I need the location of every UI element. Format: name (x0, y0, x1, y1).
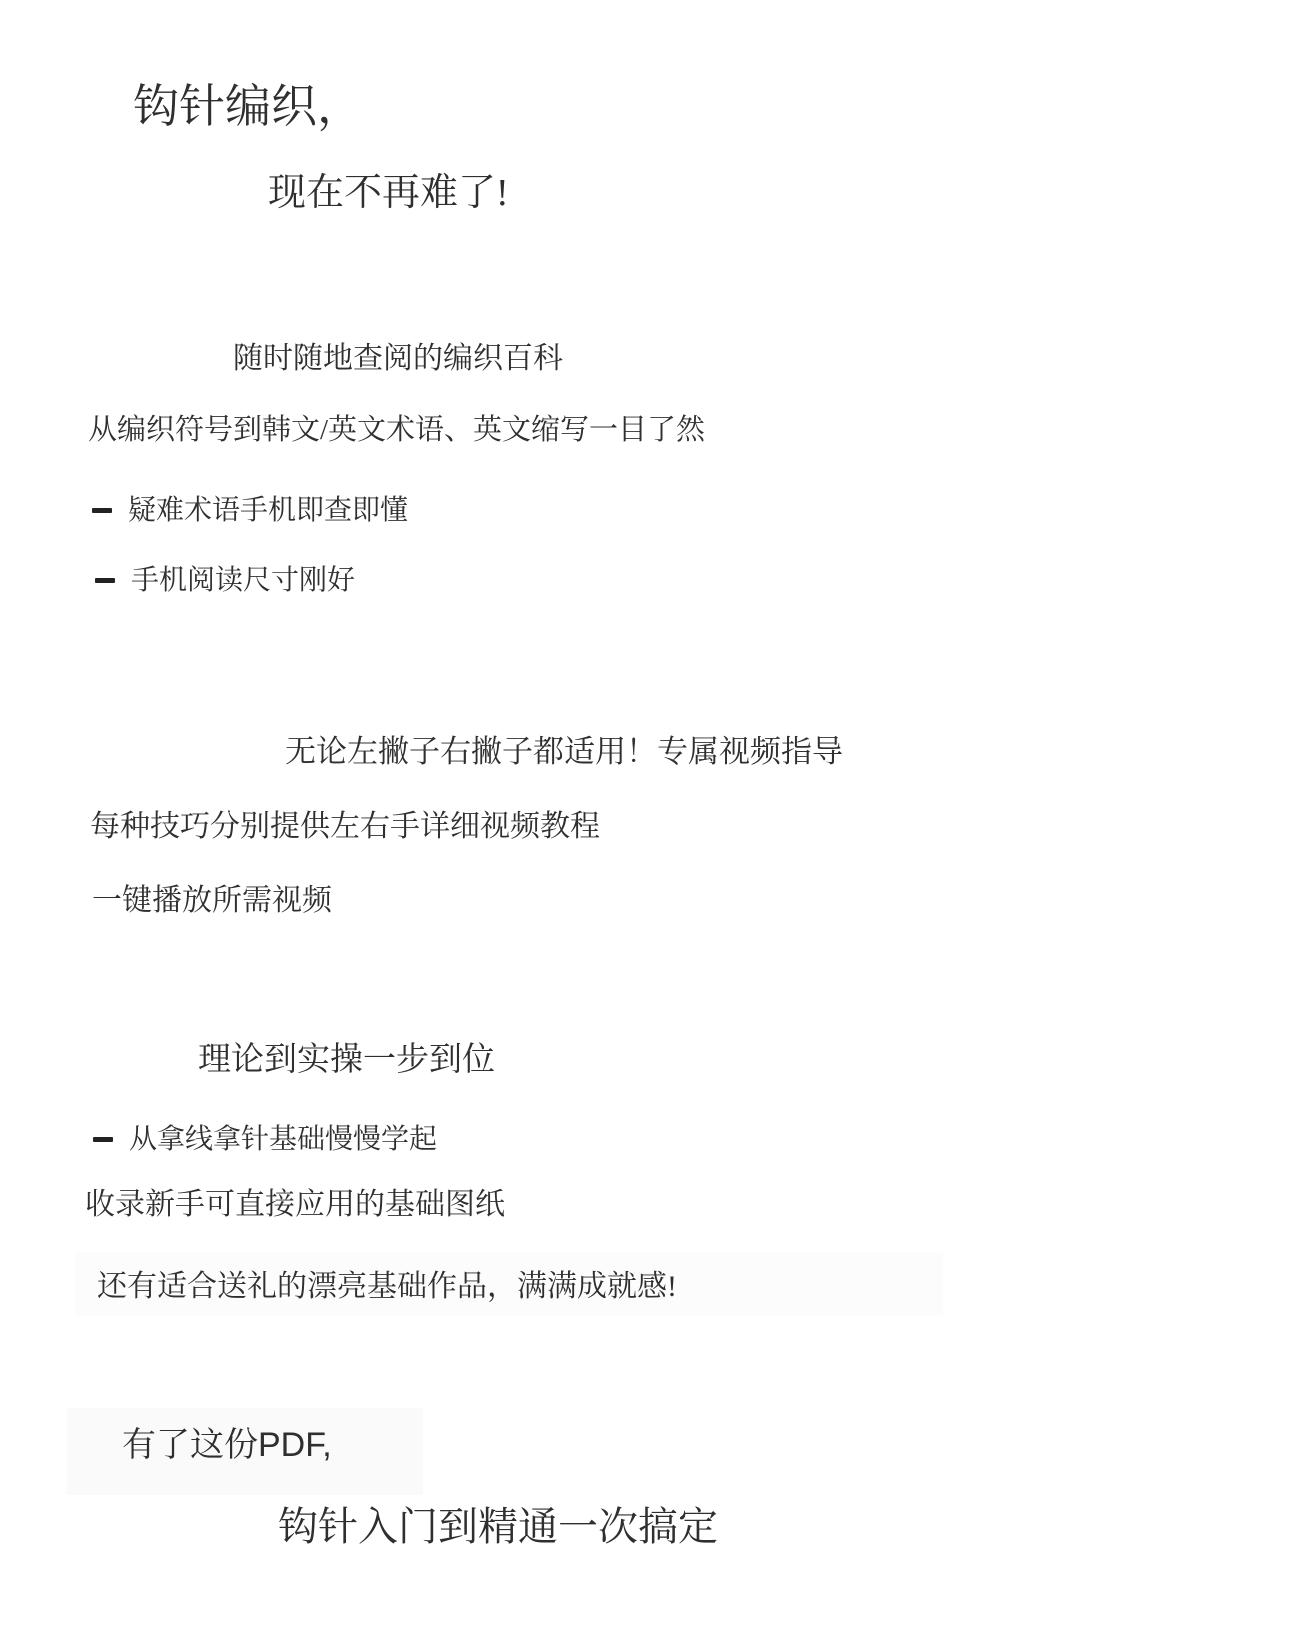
footer-lead-prefix: 有了这份 (122, 1427, 258, 1464)
dash-bullet-icon (93, 1137, 113, 1142)
list-item: 疑难术语手机即查即懂 (92, 493, 408, 528)
practice-section-heading: 理论到实操一步到位 (198, 1040, 495, 1081)
footer-lead-latin: PDF, (258, 1426, 332, 1464)
page-title: 钩针编织， (133, 78, 363, 136)
footer-closing-text: 钩针入门到精通一次搞定 (278, 1502, 718, 1552)
list-item: 手机阅读尺寸刚好 (95, 563, 355, 598)
page-subtitle: 现在不再难了! (268, 170, 509, 218)
dash-bullet-icon (95, 578, 115, 583)
encyclopedia-intro-text: 从编织符号到韩文/英文术语、英文缩写一目了然 (88, 412, 705, 448)
list-item: 从拿线拿针基础慢慢学起 (93, 1122, 437, 1157)
video-section-text: 每种技巧分别提供左右手详细视频教程 (90, 808, 600, 846)
list-item-label: 疑难术语手机即查即懂 (128, 493, 408, 528)
video-section-heading: 无论左撇子右撇子都适用！专属视频指导 (285, 733, 843, 772)
list-item-label: 手机阅读尺寸刚好 (131, 563, 355, 598)
document-page: 钩针编织， 现在不再难了! 随时随地查阅的编织百科 从编织符号到韩文/英文术语、… (0, 0, 1290, 1650)
footer-lead-text: 有了这份PDF, (122, 1424, 332, 1468)
encyclopedia-section-heading: 随时随地查阅的编织百科 (233, 340, 563, 378)
video-section-text: 一键播放所需视频 (92, 882, 332, 920)
dash-bullet-icon (92, 508, 112, 513)
practice-section-text: 收录新手可直接应用的基础图纸 (85, 1186, 505, 1224)
practice-section-text: 还有适合送礼的漂亮基础作品，满满成就感! (97, 1268, 677, 1306)
list-item-label: 从拿线拿针基础慢慢学起 (129, 1122, 437, 1157)
